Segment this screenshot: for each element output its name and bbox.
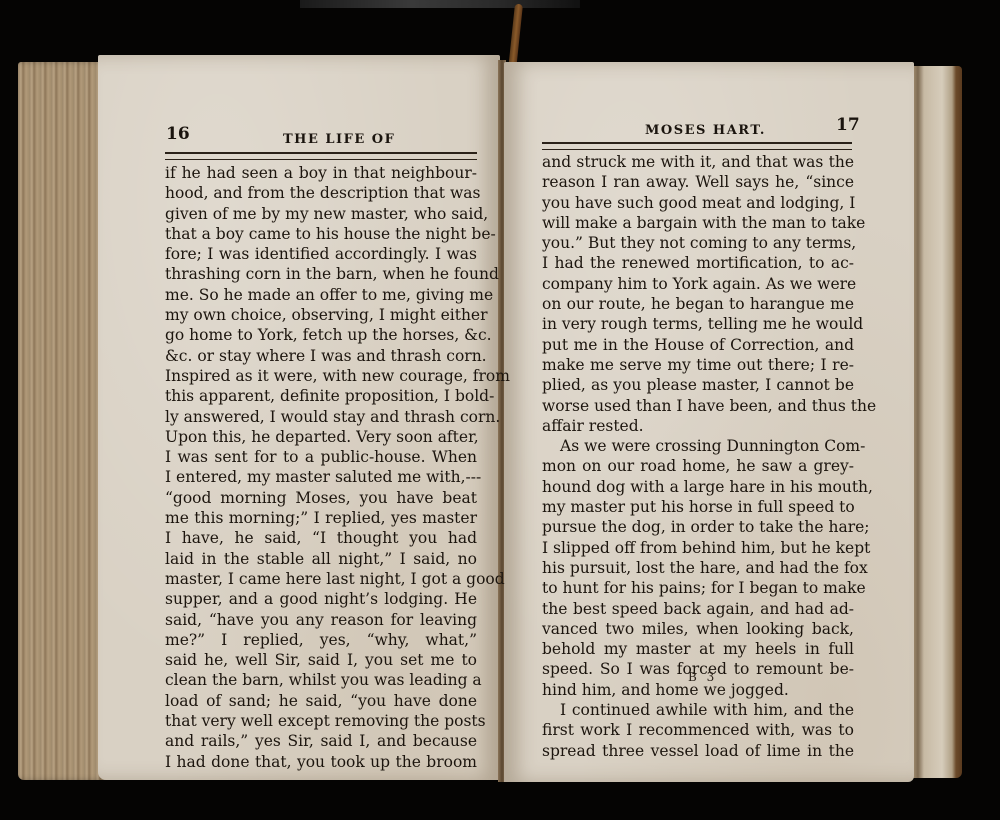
text-line: given of me by my new master, who said, xyxy=(165,204,477,224)
right-page-block-edge xyxy=(912,66,962,778)
left-page-number: 16 xyxy=(166,124,190,144)
text-line: thrashing corn in the barn, when he foun… xyxy=(165,264,477,284)
text-line: will make a bargain with the man to take xyxy=(542,213,854,233)
text-line: said, “have you any reason for leaving xyxy=(165,610,477,630)
right-header-rule xyxy=(542,142,852,150)
text-line: to hunt for his pains; for I began to ma… xyxy=(542,578,854,598)
text-line: I had done that, you took up the broom xyxy=(165,752,477,772)
text-line: pursue the dog, in order to take the har… xyxy=(542,517,854,537)
text-line: master, I came here last night, I got a … xyxy=(165,569,477,589)
text-line: his pursuit, lost the hare, and had the … xyxy=(542,558,854,578)
text-line: clean the barn, whilst you was leading a xyxy=(165,670,477,690)
text-line: I entered, my master saluted me with,--- xyxy=(165,467,477,487)
text-line: company him to York again. As we were xyxy=(542,274,854,294)
text-line: that very well except removing the posts xyxy=(165,711,477,731)
text-line: if he had seen a boy in that neighbour- xyxy=(165,163,477,183)
text-line: I was sent for to a public-house. When xyxy=(165,447,477,467)
text-line: laid in the stable all night,” I said, n… xyxy=(165,549,477,569)
text-line: behold my master at my heels in full xyxy=(542,639,854,659)
text-line: “good morning Moses, you have beat xyxy=(165,488,477,508)
text-line: me this morning;” I replied, yes master xyxy=(165,508,477,528)
text-line: and struck me with it, and that was the xyxy=(542,152,854,172)
text-line: this apparent, definite proposition, I b… xyxy=(165,386,477,406)
text-line: you have such good meat and lodging, I xyxy=(542,193,854,213)
text-line: on our route, he began to harangue me xyxy=(542,294,854,314)
text-line: spread three vessel load of lime in the xyxy=(542,741,854,761)
text-line: me?” I replied, yes, “why, what,” xyxy=(165,630,477,650)
text-line: I had the renewed mortification, to ac- xyxy=(542,253,854,273)
text-line: Inspired as it were, with new courage, f… xyxy=(165,366,477,386)
signature-mark: B 3 xyxy=(688,670,717,684)
text-line: my master put his horse in full speed to xyxy=(542,497,854,517)
text-line: ly answered, I would stay and thrash cor… xyxy=(165,407,477,427)
text-line: vanced two miles, when looking back, xyxy=(542,619,854,639)
text-line: put me in the House of Correction, and xyxy=(542,335,854,355)
text-line: and rails,” yes Sir, said I, and because xyxy=(165,731,477,751)
text-line: supper, and a good night’s lodging. He xyxy=(165,589,477,609)
book-photo-scene: 16 THE LIFE OF if he had seen a boy in t… xyxy=(0,0,1000,820)
text-line: first work I recommenced with, was to xyxy=(542,720,854,740)
text-line: I have, he said, “I thought you had xyxy=(165,528,477,548)
left-running-head: THE LIFE OF xyxy=(283,132,395,147)
text-line: fore; I was identified accordingly. I wa… xyxy=(165,244,477,264)
text-line: I slipped off from behind him, but he ke… xyxy=(542,538,854,558)
text-line: plied, as you please master, I cannot be xyxy=(542,375,854,395)
bookmark-ribbon xyxy=(508,4,523,70)
text-line: the best speed back again, and had ad- xyxy=(542,599,854,619)
text-line: worse used than I have been, and thus th… xyxy=(542,396,854,416)
text-line: As we were crossing Dunnington Com- xyxy=(542,436,854,456)
text-line: hood, and from the description that was xyxy=(165,183,477,203)
text-line: in very rough terms, telling me he would xyxy=(542,314,854,334)
text-line: mon on our road home, he saw a grey- xyxy=(542,456,854,476)
right-page-number: 17 xyxy=(836,115,860,135)
text-line: reason I ran away. Well says he, “since xyxy=(542,172,854,192)
text-line: affair rested. xyxy=(542,416,854,436)
text-line: you.” But they not coming to any terms, xyxy=(542,233,854,253)
text-line: &c. or stay where I was and thrash corn. xyxy=(165,346,477,366)
text-line: me. So he made an offer to me, giving me xyxy=(165,285,477,305)
left-page-block-edge xyxy=(18,62,106,780)
right-running-head: MOSES HART. xyxy=(645,123,766,138)
text-line: said he, well Sir, said I, you set me to xyxy=(165,650,477,670)
left-page-text: if he had seen a boy in that neighbour- … xyxy=(165,163,477,772)
book-strap xyxy=(300,0,580,8)
text-line: go home to York, fetch up the horses, &c… xyxy=(165,325,477,345)
text-line: I continued awhile with him, and the xyxy=(542,700,854,720)
text-line: hound dog with a large hare in his mouth… xyxy=(542,477,854,497)
text-line: load of sand; he said, “you have done xyxy=(165,691,477,711)
left-header-rule xyxy=(165,152,477,160)
text-line: that a boy came to his house the night b… xyxy=(165,224,477,244)
text-line: make me serve my time out there; I re- xyxy=(542,355,854,375)
text-line: Upon this, he departed. Very soon after, xyxy=(165,427,477,447)
text-line: my own choice, observing, I might either xyxy=(165,305,477,325)
